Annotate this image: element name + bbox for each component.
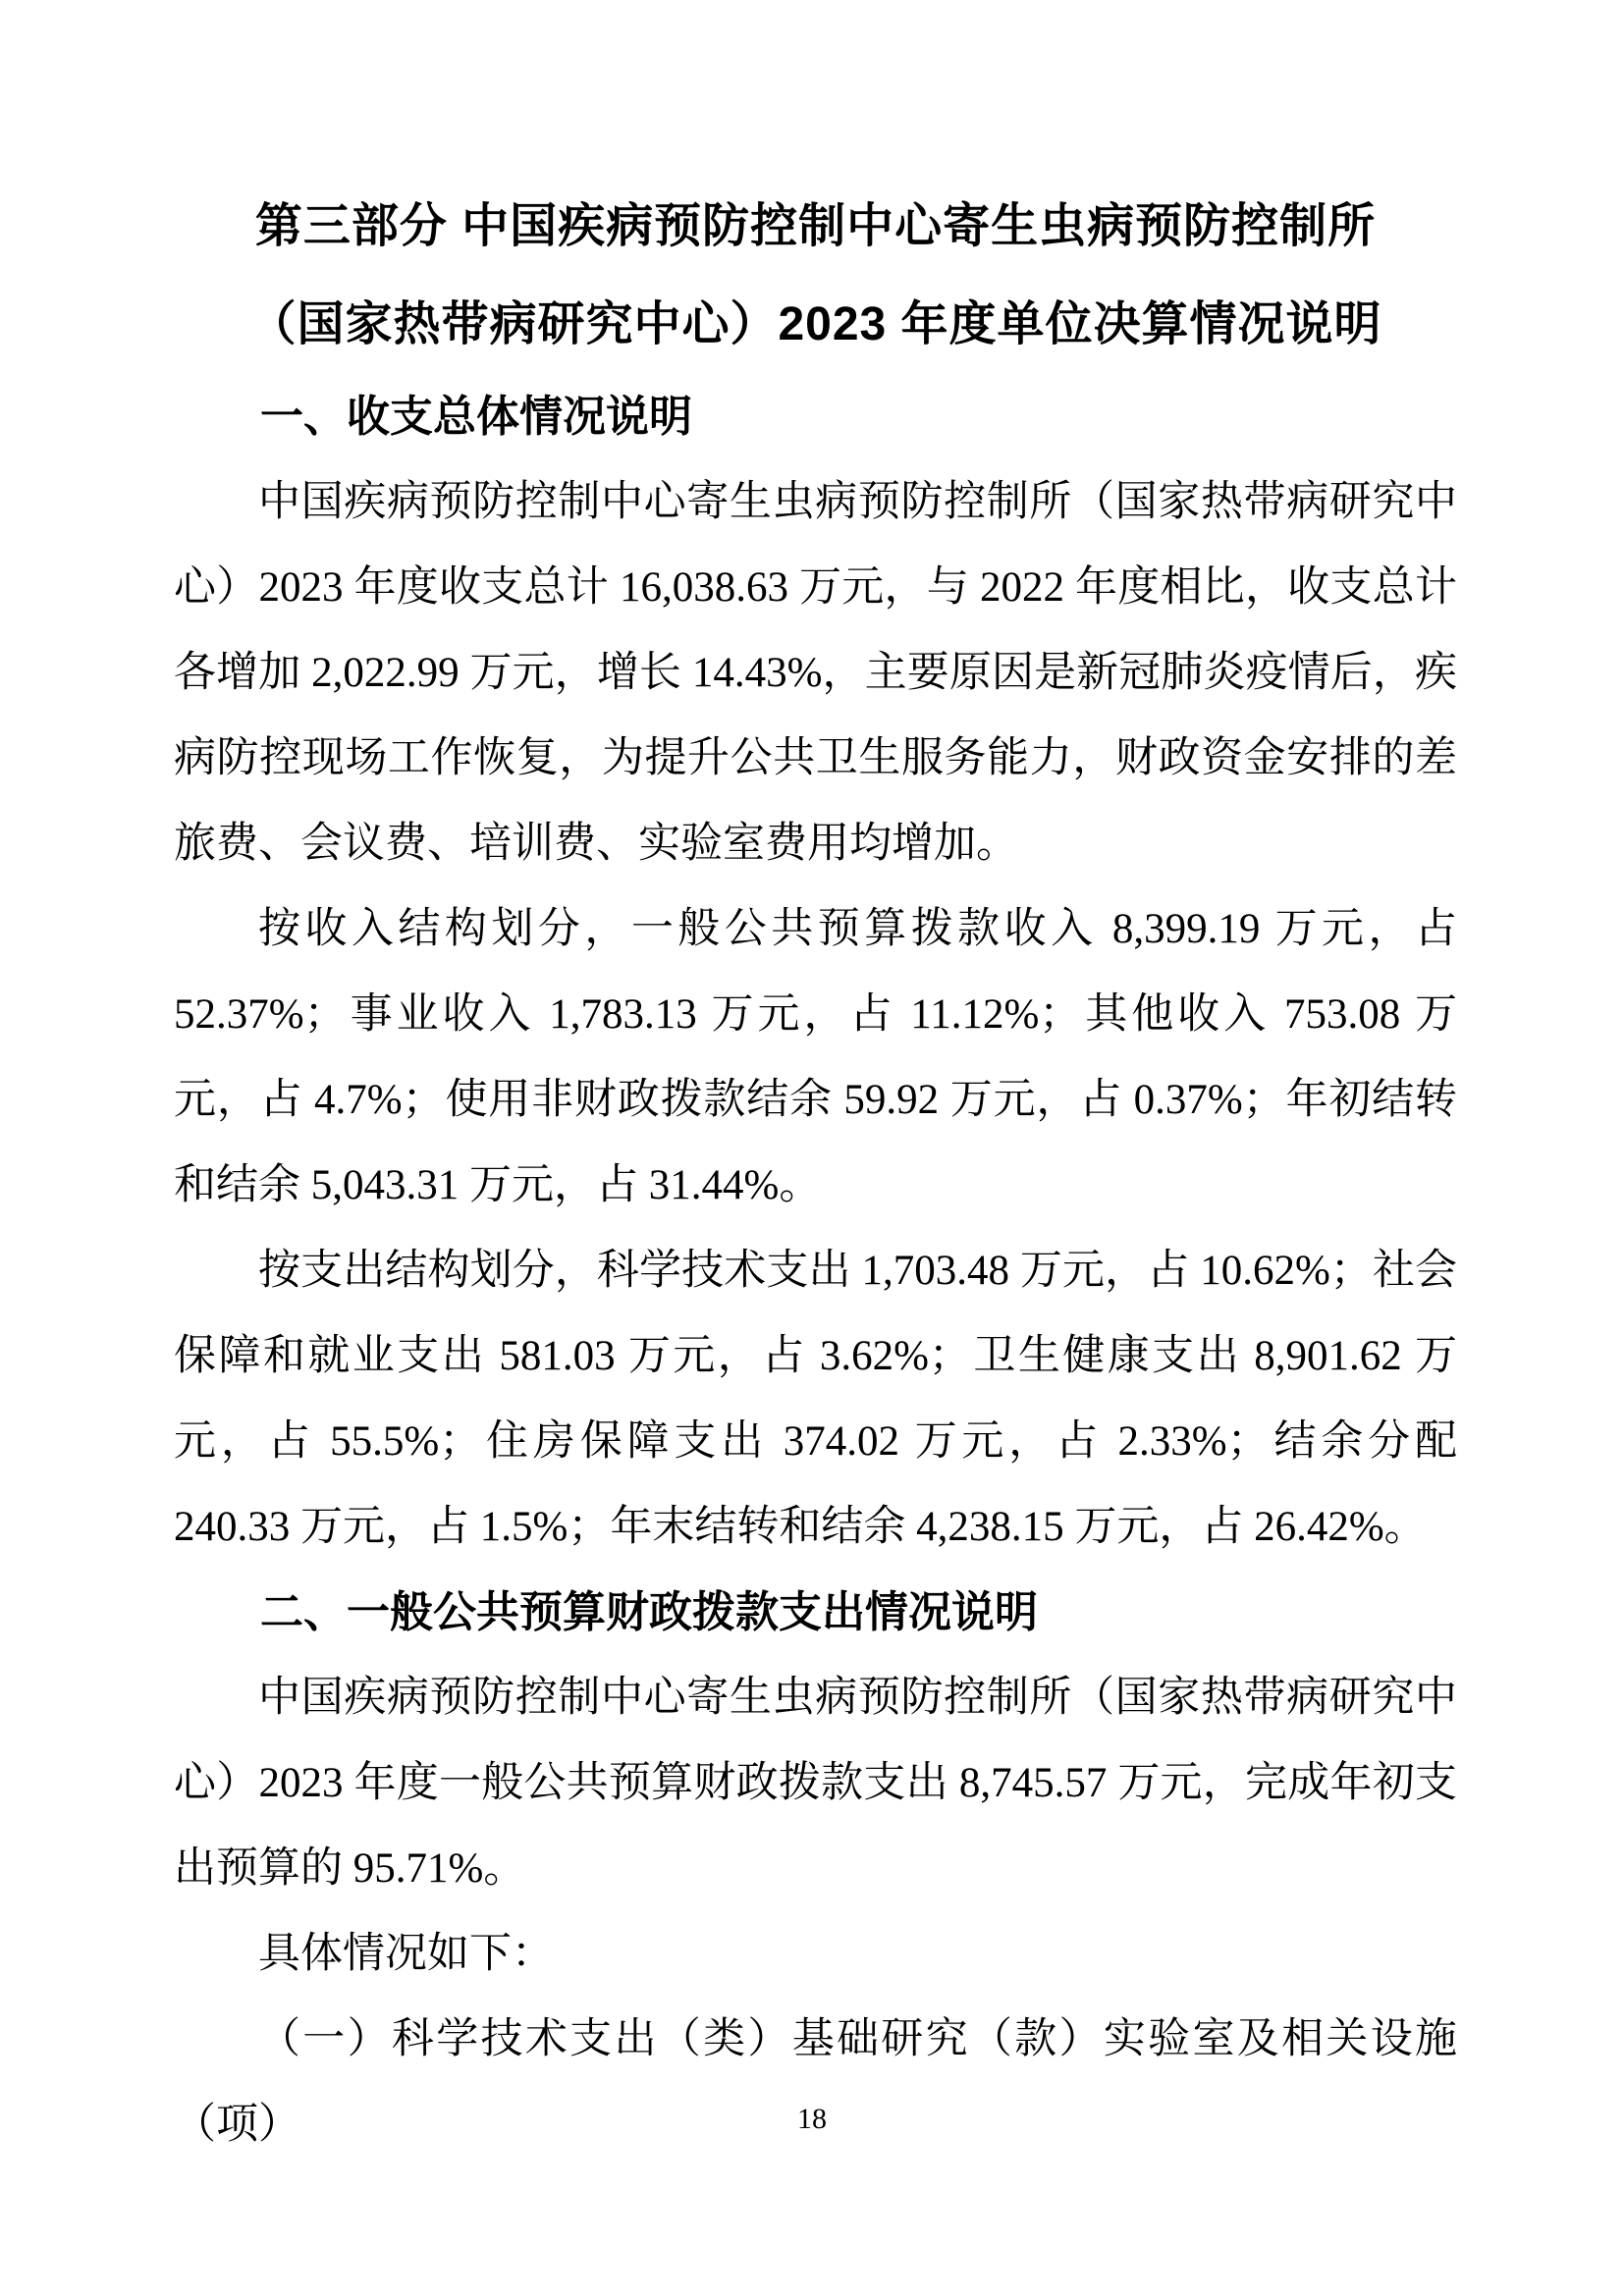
document-title-line-1: 第三部分 中国疾病预防控制中心寄生虫病预防控制所 — [174, 178, 1457, 276]
document-title-line-2: （国家热带病研究中心）2023 年度单位决算情况说明 — [174, 276, 1457, 374]
document-page: 第三部分 中国疾病预防控制中心寄生虫病预防控制所 （国家热带病研究中心）2023… — [0, 0, 1624, 2296]
page-number: 18 — [0, 2103, 1624, 2136]
paragraph-item-science-tech: （一）科学技术支出（类）基础研究（款）实验室及相关设施（项） — [174, 1997, 1457, 2167]
paragraph-details-intro: 具体情况如下： — [174, 1911, 1457, 1997]
paragraph-income-structure: 按收入结构划分，一般公共预算拨款收入 8,399.19 万元，占 52.37%；… — [174, 886, 1457, 1228]
paragraph-budget-expense-total: 中国疾病预防控制中心寄生虫病预防控制所（国家热带病研究中心）2023 年度一般公… — [174, 1655, 1457, 1911]
paragraph-expense-structure: 按支出结构划分，科学技术支出 1,703.48 万元，占 10.62%；社会保障… — [174, 1228, 1457, 1570]
document-title: 第三部分 中国疾病预防控制中心寄生虫病预防控制所 （国家热带病研究中心）2023… — [174, 178, 1457, 374]
section-heading-budget-expense: 二、一般公共预算财政拨款支出情况说明 — [174, 1570, 1457, 1655]
section-heading-income-expense: 一、收支总体情况说明 — [174, 374, 1457, 459]
paragraph-total-income-expense: 中国疾病预防控制中心寄生虫病预防控制所（国家热带病研究中心）2023 年度收支总… — [174, 459, 1457, 886]
